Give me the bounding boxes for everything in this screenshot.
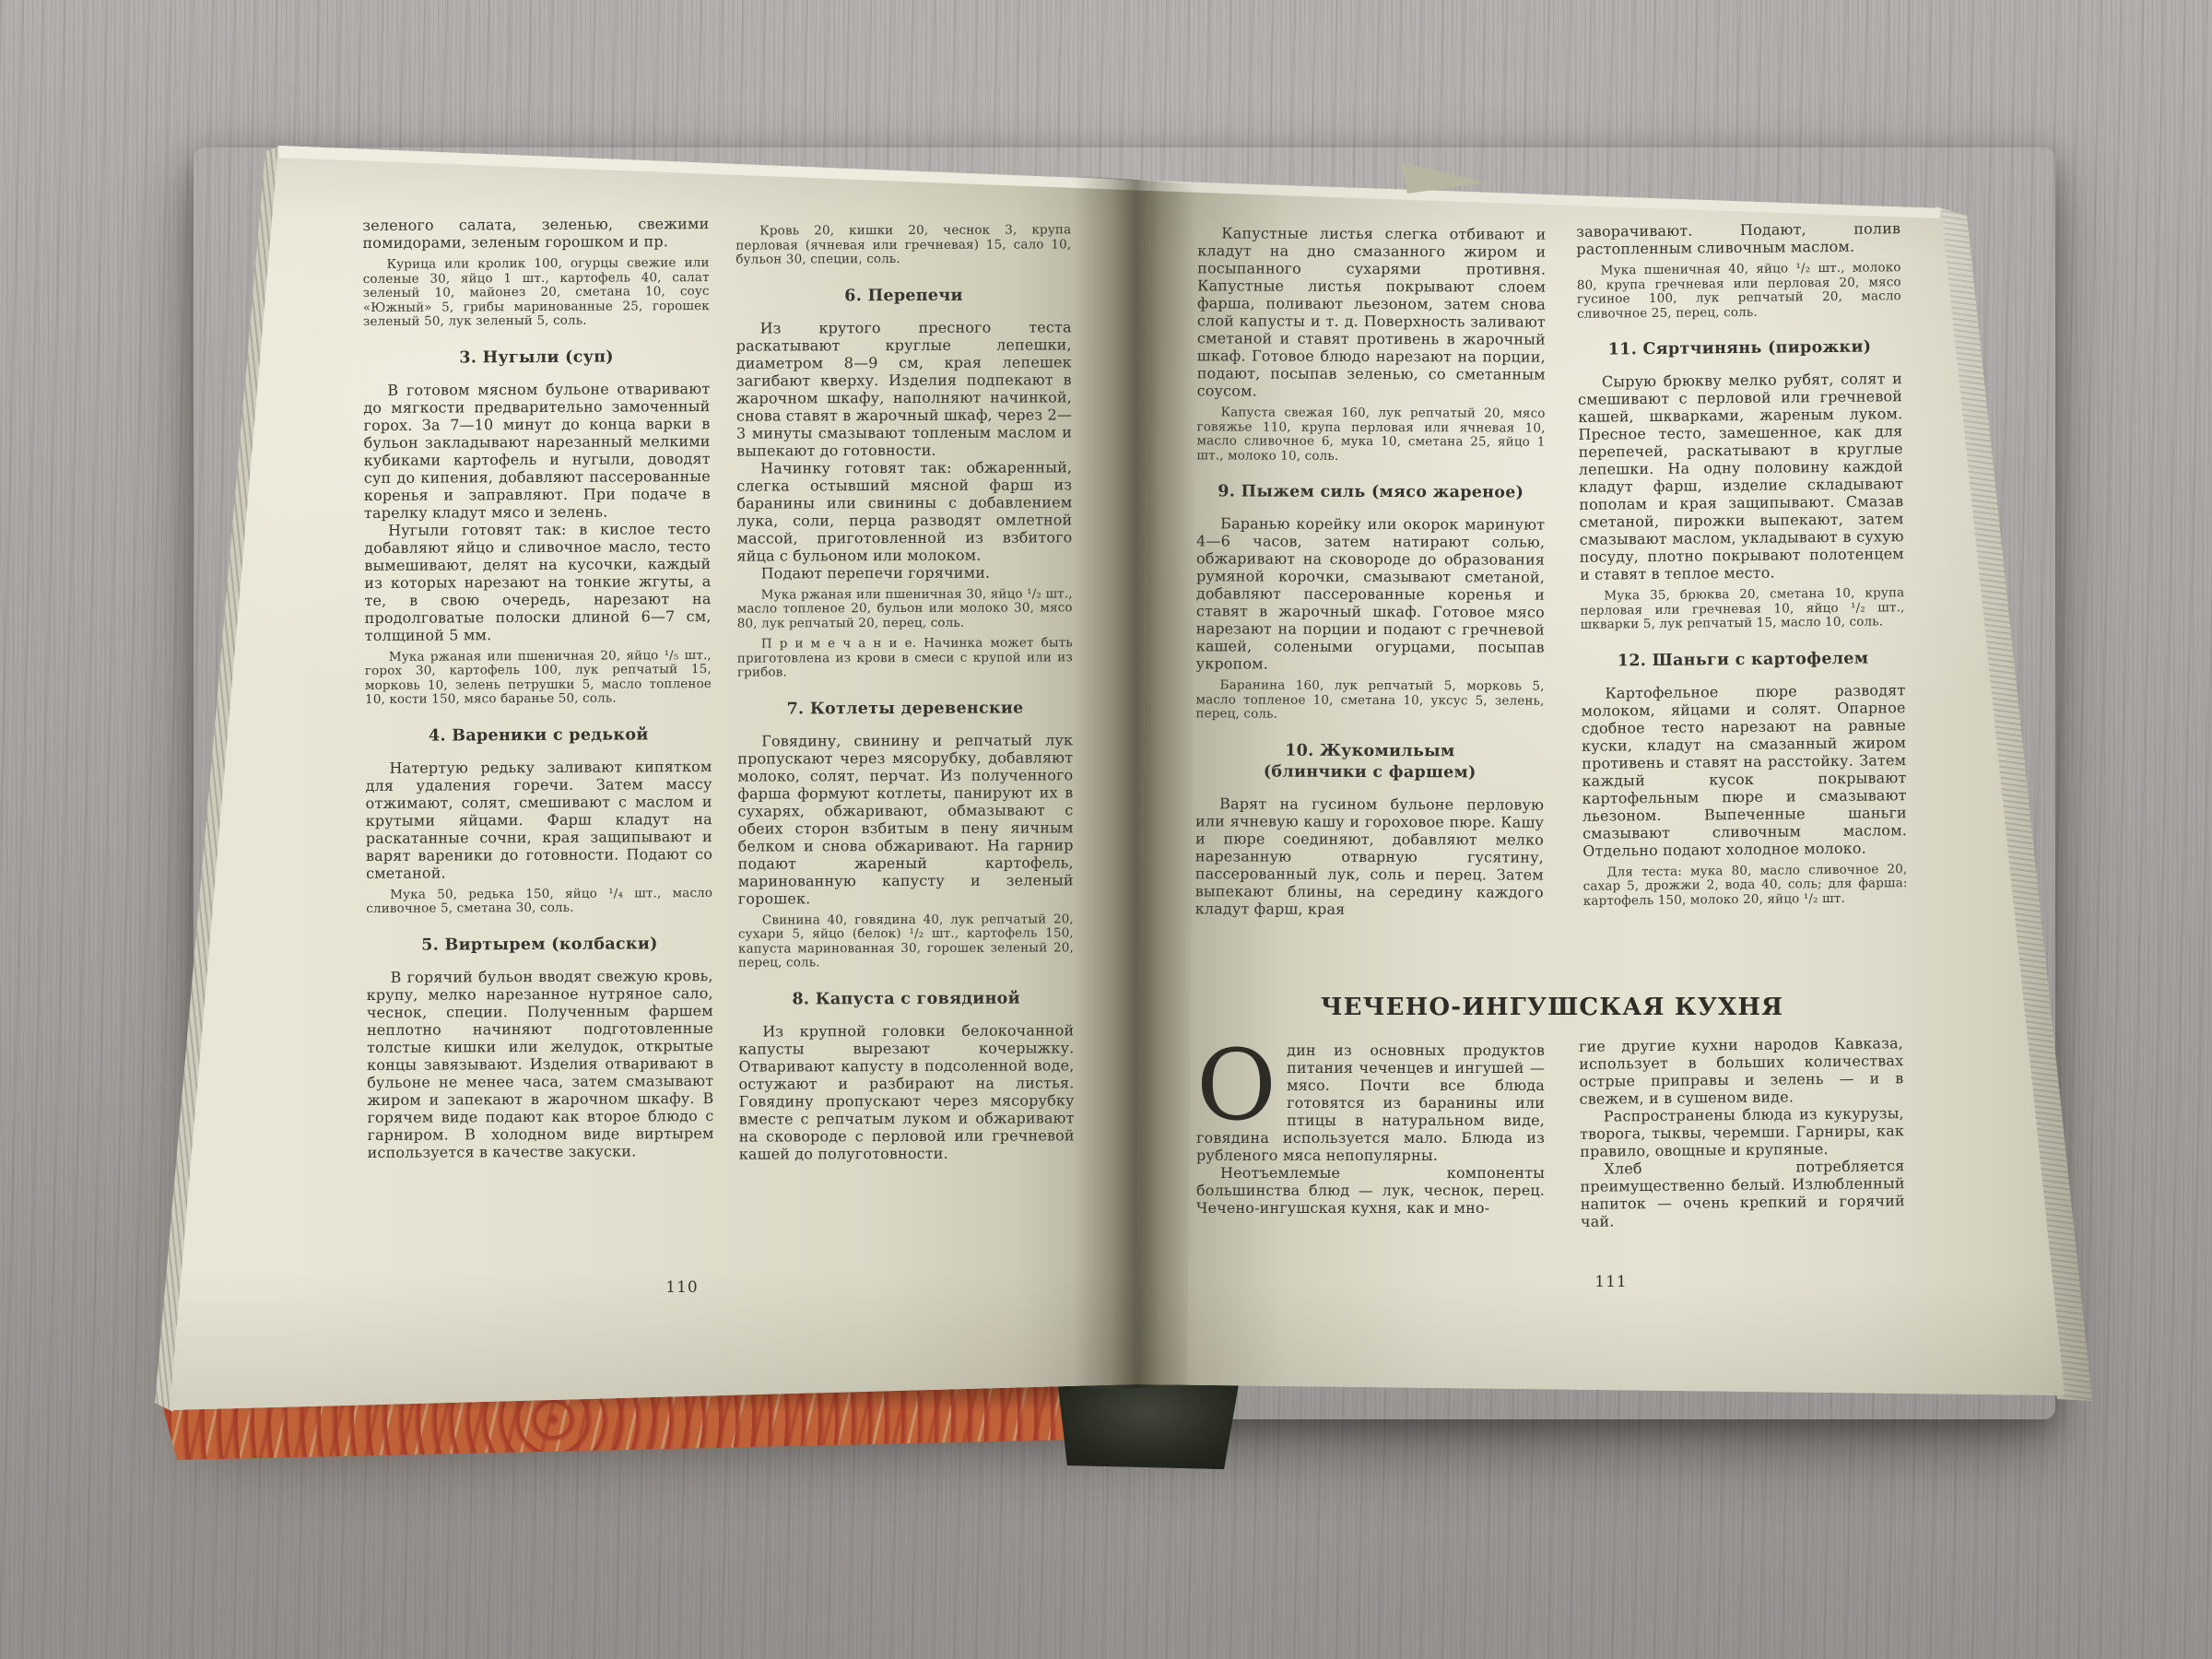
- ingredients-text: Мука ржаная или пшеничная 30, яйцо ¹/₂ ш…: [737, 587, 1073, 631]
- recipe-paragraph: В горячий бульон вводят свежую кровь, кр…: [367, 967, 714, 1161]
- recipe-paragraph: Сырую брюкву мелко рубят, солят и смешив…: [1578, 370, 1904, 583]
- recipe-heading: 12. Шаньги с картофелем: [1581, 648, 1905, 673]
- recipe-paragraph: Из крутого пресного теста раскатывают кр…: [736, 318, 1073, 459]
- recipe-paragraph: Баранью корейку или окорок маринуют 4—6 …: [1196, 514, 1546, 673]
- recipe-heading: 10. Жукомильым (блинчики с фаршем): [1195, 740, 1544, 783]
- recipe-paragraph: Говядину, свинину и репчатый лук пропуск…: [737, 731, 1074, 907]
- recipe-paragraph: В готовом мясном бульоне отваривают до м…: [363, 380, 711, 522]
- note-text: П р и м е ч а н и е. Начинка может быть …: [737, 636, 1073, 680]
- recipe-paragraph: Нугыли готовят так: в кислое тесто добав…: [364, 520, 712, 644]
- recipe-paragraph: Варят на гусином бульоне перловую или яч…: [1195, 794, 1544, 918]
- recipe-paragraph: Неотъемлемые компоненты большинства блюд…: [1196, 1164, 1545, 1217]
- recipe-heading: 8. Капуста с говядиной: [738, 988, 1074, 1010]
- ingredients-text: Для теста: мука 80, масло сливочное 20, …: [1583, 863, 1907, 909]
- photo-open-cookbook: зеленого салата, зеленью, свежими помидо…: [0, 0, 2212, 1659]
- recipe-paragraph: Натертую редьку заливают кипятком для уд…: [365, 758, 712, 882]
- recipe-heading: 4. Вареники с редькой: [365, 724, 712, 747]
- page-number-right: 111: [1565, 1274, 1657, 1291]
- recipe-heading: 6. Перепечи: [735, 285, 1071, 307]
- recipe-paragraph: Подают перепечи горячими.: [737, 563, 1073, 582]
- ingredients-text: Мука 35, брюква 20, сметана 10, крупа пе…: [1580, 586, 1904, 632]
- recipe-paragraph: Хлеб потребляется преимущественно белый.…: [1580, 1157, 1905, 1230]
- recipe-paragraph: гие другие кухни народов Кавказа, исполь…: [1579, 1034, 1904, 1108]
- recipe-paragraph: Один из основных продуктов питания чечен…: [1196, 1041, 1545, 1164]
- recipe-paragraph: зеленого салата, зеленью, свежими помидо…: [362, 215, 709, 252]
- ingredients-text: Мука 50, редька 150, яйцо ¹/₄ шт., масло…: [366, 887, 712, 917]
- left-page-column-1: зеленого салата, зеленью, свежими помидо…: [362, 215, 713, 1160]
- ingredients-text: Кровь 20, кишки 20, чеснок 3, крупа перл…: [735, 223, 1071, 267]
- right-page-column-1: Капустные листья слегка отбивают и кладу…: [1195, 224, 1547, 918]
- chapter-heading: ЧЕЧЕНО-ИНГУШСКАЯ КУХНЯ: [1196, 999, 1908, 1017]
- recipe-heading: 5. Виртырем (колбаски): [366, 934, 712, 957]
- ingredients-text: Курица или кролик 100, огурцы свежие или…: [363, 256, 710, 329]
- page-number-left: 110: [627, 1279, 737, 1297]
- recipe-paragraph: Капустные листья слегка отбивают и кладу…: [1197, 224, 1547, 400]
- ingredients-text: Мука пшеничная 40, яйцо ¹/₂ шт., молоко …: [1577, 261, 1902, 322]
- recipe-paragraph: Начинку готовят так: обжаренный, слегка …: [736, 458, 1072, 564]
- ingredients-text: Мука ржаная или пшеничная 20, яйцо ¹/₅ ш…: [365, 649, 712, 708]
- recipe-heading: 9. Пыжем силь (мясо жареное): [1196, 481, 1545, 503]
- recipe-paragraph: Распространены блюда из кукурузы, творог…: [1580, 1104, 1905, 1160]
- chapter-intro-column-2: гие другие кухни народов Кавказа, исполь…: [1579, 1034, 1905, 1230]
- chapter-intro-column-1: Один из основных продуктов питания чечен…: [1196, 1041, 1545, 1217]
- recipe-paragraph: заворачивают. Подают, полив растопленным…: [1576, 219, 1900, 258]
- recipe-heading: 7. Котлеты деревенские: [737, 698, 1073, 720]
- ingredients-text: Свинина 40, говядина 40, лук репчатый 20…: [738, 912, 1074, 971]
- left-page-column-2: Кровь 20, кишки 20, чеснок 3, крупа перл…: [735, 217, 1075, 1162]
- right-page-column-2: заворачивают. Подают, полив растопленным…: [1576, 219, 1908, 915]
- ingredients-text: Баранина 160, лук репчатый 5, морковь 5,…: [1195, 678, 1544, 723]
- drop-cap-letter: О: [1196, 1046, 1277, 1125]
- ingredients-text: Капуста свежая 160, лук репчатый 20, мяс…: [1196, 406, 1545, 464]
- recipe-heading: 11. Сяртчинянь (пирожки): [1577, 336, 1901, 361]
- recipe-paragraph: Из крупной головки белокочанной капусты …: [738, 1021, 1075, 1162]
- recipe-paragraph: Картофельное пюре разводят молоком, яйца…: [1581, 681, 1907, 860]
- recipe-heading: 3. Нугыли (суп): [363, 347, 710, 370]
